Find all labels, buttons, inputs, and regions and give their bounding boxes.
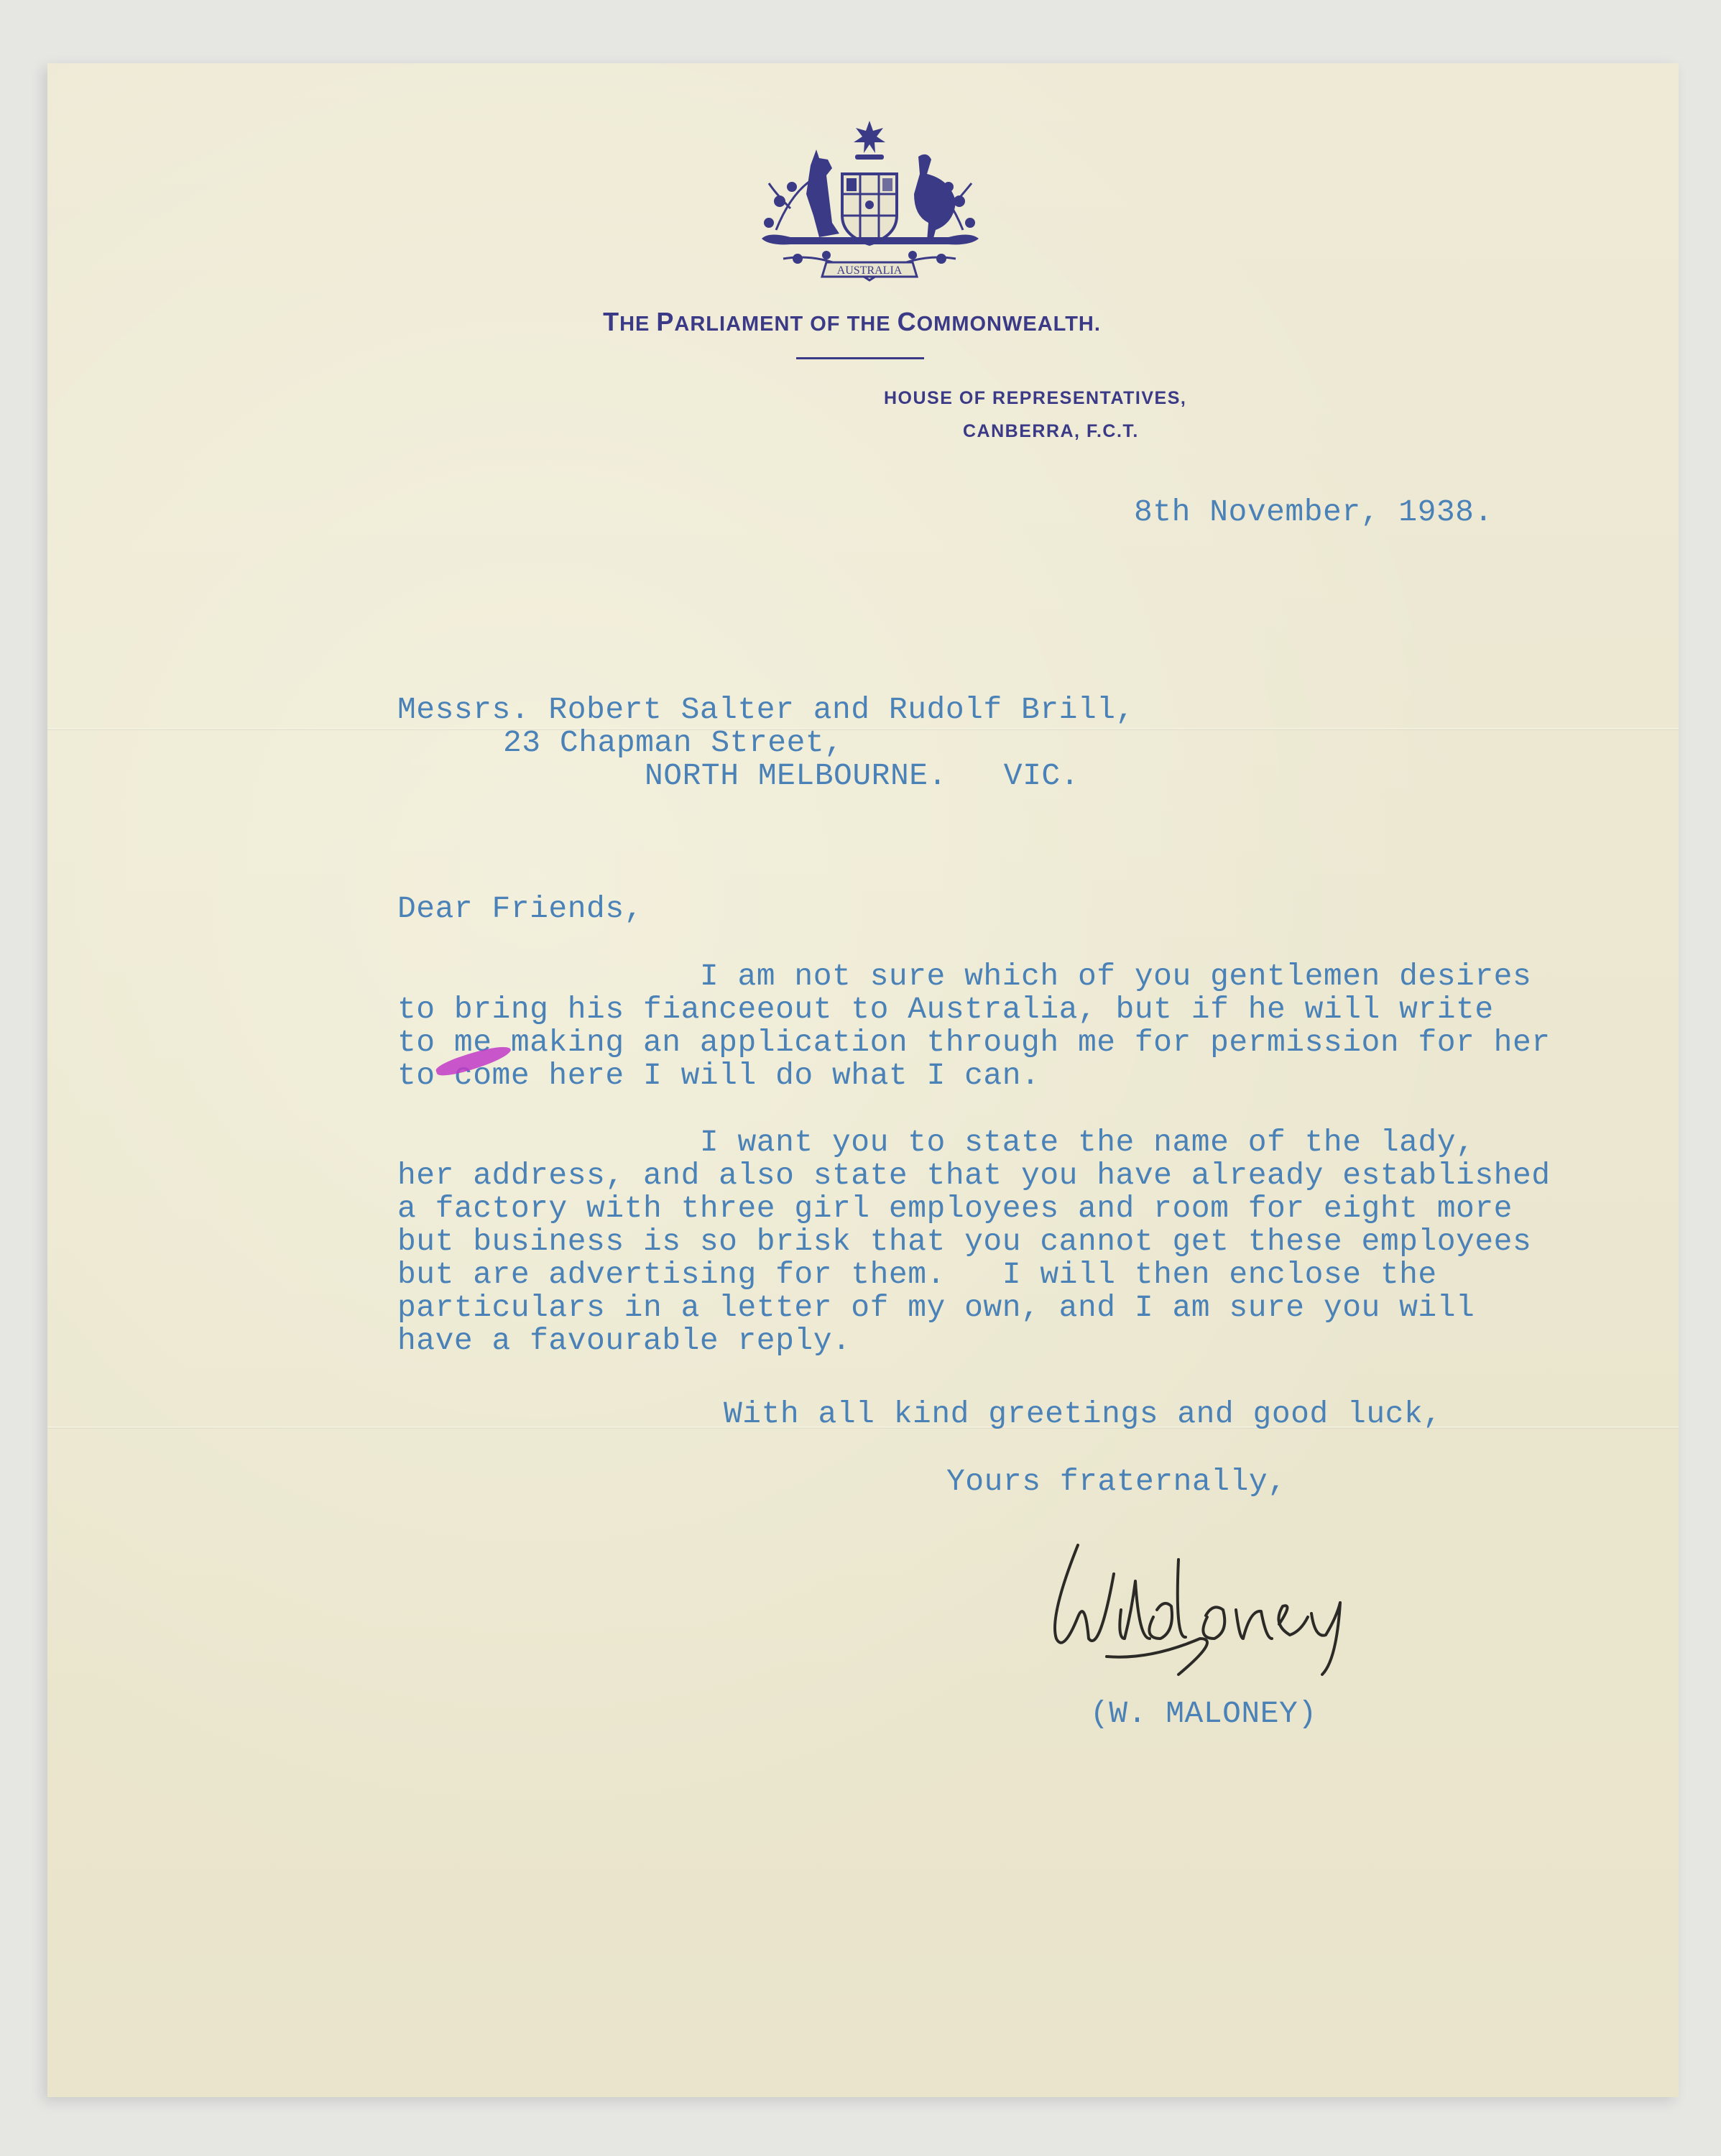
letterhead-house: HOUSE OF REPRESENTATIVES, [884, 388, 1186, 409]
fold-line-upper [47, 728, 1679, 730]
salutation: Dear Friends, [397, 893, 643, 926]
valediction: Yours fraternally, [946, 1465, 1286, 1498]
letterhead-title: THE PARLIAMENT OF THE COMMONWEALTH. [0, 307, 1712, 337]
body-paragraph-1: I am not sure which of you gentlemen des… [397, 960, 1551, 1092]
letterhead-city: CANBERRA, F.C.T. [963, 421, 1139, 442]
recipient-street: 23 Chapman Street, [503, 727, 843, 760]
closing-greeting: With all kind greetings and good luck, [724, 1398, 1442, 1431]
coat-of-arms-icon: AUSTRALIA [747, 115, 992, 295]
letter-date: 8th November, 1938. [1134, 496, 1493, 529]
letterhead-divider [796, 357, 924, 359]
crest-label: AUSTRALIA [837, 264, 903, 277]
handwritten-signature-icon [1035, 1531, 1509, 1682]
recipient-city: NORTH MELBOURNE. VIC. [645, 760, 1079, 793]
typed-signatory-name: (W. MALONEY) [1090, 1697, 1317, 1731]
body-paragraph-2: I want you to state the name of the lady… [397, 1126, 1551, 1358]
recipient-names: Messrs. Robert Salter and Rudolf Brill, [397, 694, 1135, 727]
